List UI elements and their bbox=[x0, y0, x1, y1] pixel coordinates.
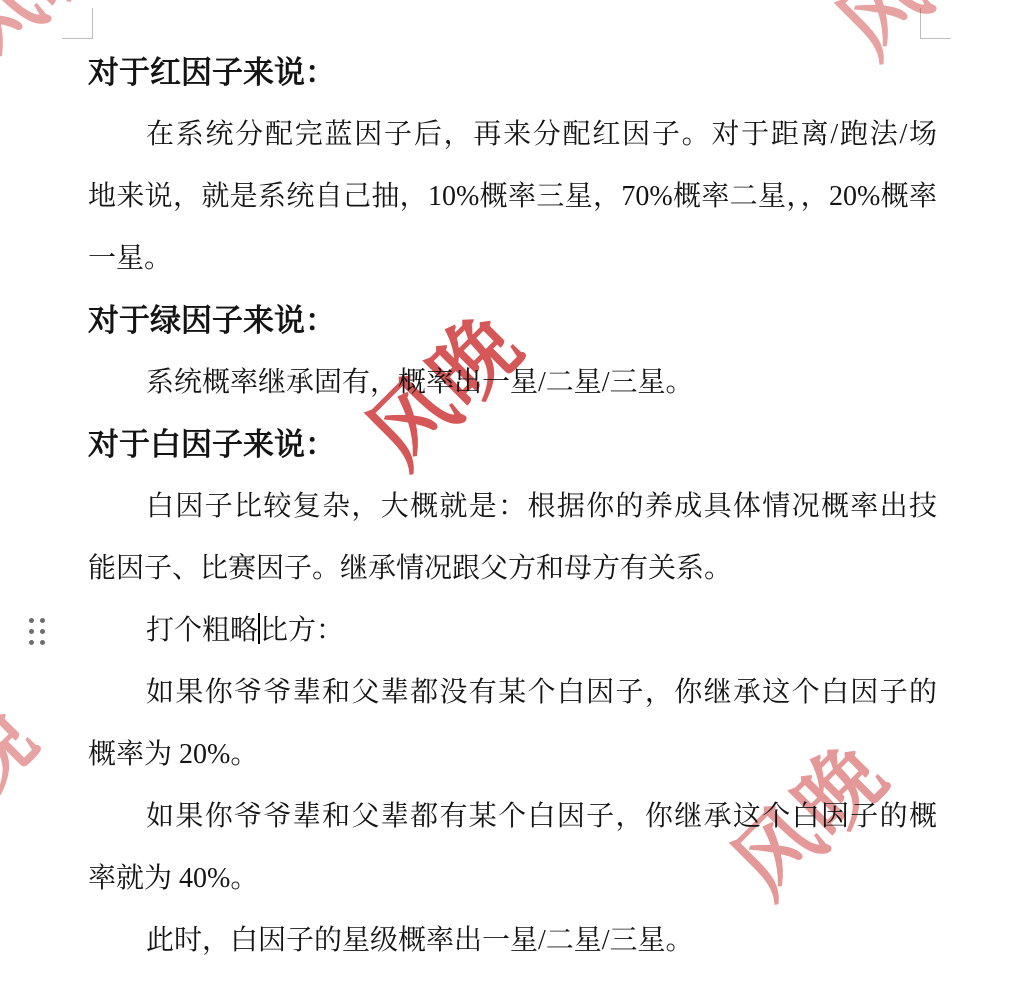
text-boundary-mark-top-left-icon bbox=[62, 8, 93, 39]
red-paragraph-line-2[interactable]: 地来说，就是系统自己抽，10%概率三星，70%概率二星，，20%概率 bbox=[88, 166, 937, 228]
watermark-text: 风晚 bbox=[0, 674, 59, 881]
white-paragraph-line-1[interactable]: 白因子比较复杂，大概就是：根据你的养成具体情况概率出技 bbox=[88, 476, 937, 538]
example-no-factor-line-2[interactable]: 概率为 20%。 bbox=[88, 724, 937, 786]
example-has-factor-line-2[interactable]: 率就为 40%。 bbox=[88, 848, 937, 910]
text-boundary-mark-top-right-icon bbox=[920, 8, 951, 39]
document-page: 风晚 风晚 风晚 风晚 风晚 对于红因子来说： 在系统分配完蓝因子后，再来分配红… bbox=[0, 0, 1029, 990]
example-result-line[interactable]: 此时，白因子的星级概率出一星/二星/三星。 bbox=[88, 910, 937, 972]
red-paragraph-line-3[interactable]: 一星。 bbox=[88, 228, 937, 290]
heading-green-factor[interactable]: 对于绿因子来说： bbox=[88, 290, 937, 352]
heading-white-factor[interactable]: 对于白因子来说： bbox=[88, 414, 937, 476]
document-content: 对于红因子来说： 在系统分配完蓝因子后，再来分配红因子。对于距离/跑法/场 地来… bbox=[88, 42, 937, 972]
red-paragraph-line-1[interactable]: 在系统分配完蓝因子后，再来分配红因子。对于距离/跑法/场 bbox=[88, 104, 937, 166]
example-has-factor-line-1[interactable]: 如果你爷爷辈和父辈都有某个白因子，你继承这个白因子的概 bbox=[88, 786, 937, 848]
white-paragraph-line-2[interactable]: 能因子、比赛因子。继承情况跟父方和母方有关系。 bbox=[88, 538, 937, 600]
text-after-cursor: 比方： bbox=[260, 615, 344, 646]
example-no-factor-line-1[interactable]: 如果你爷爷辈和父辈都没有某个白因子，你继承这个白因子的 bbox=[88, 662, 937, 724]
heading-red-factor[interactable]: 对于红因子来说： bbox=[88, 42, 937, 104]
paragraph-drag-handle-icon[interactable] bbox=[29, 618, 45, 645]
green-paragraph-line-1[interactable]: 系统概率继承固有，概率出一星/二星/三星。 bbox=[88, 352, 937, 414]
example-intro-line[interactable]: 打个粗略比方： bbox=[88, 600, 937, 662]
text-before-cursor: 打个粗略 bbox=[146, 615, 258, 646]
watermark: 风晚 bbox=[0, 688, 45, 868]
